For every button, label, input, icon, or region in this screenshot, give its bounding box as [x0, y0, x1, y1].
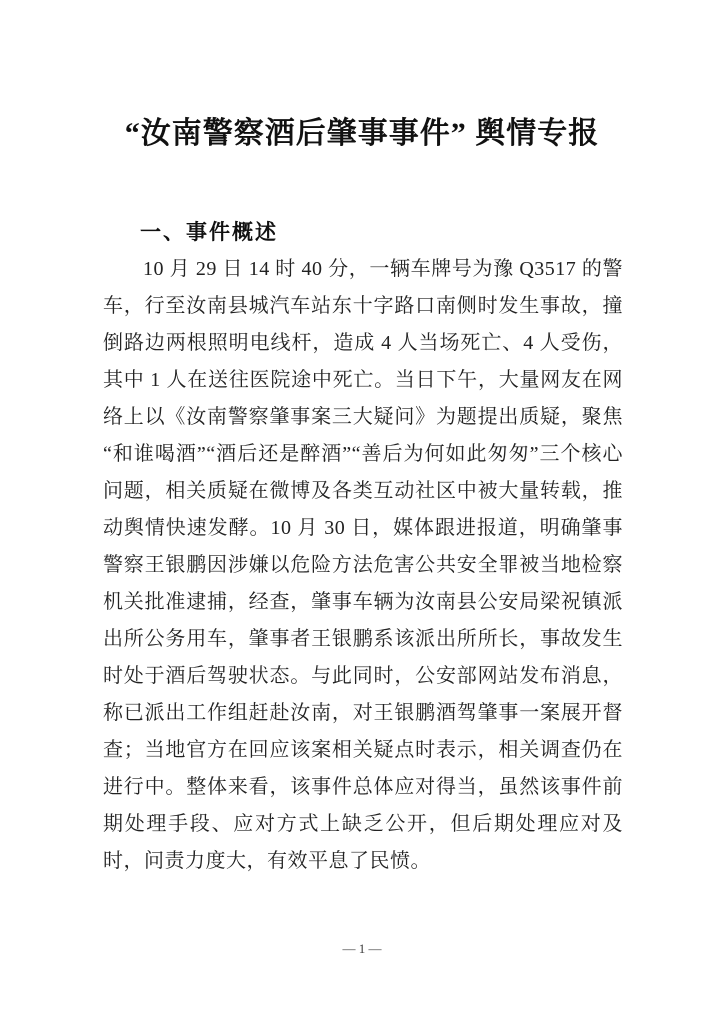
page-footer: — 1 — [0, 940, 724, 958]
document-title: “汝南警察酒后肇事事件” 舆情专报 [0, 112, 724, 156]
page-number: — 1 — [343, 941, 382, 956]
document-page: “汝南警察酒后肇事事件” 舆情专报 一、事件概述 10 月 29 日 14 时 … [0, 0, 724, 1024]
section-heading-overview: 一、事件概述 [140, 218, 278, 248]
body-paragraph: 10 月 29 日 14 时 40 分，一辆车牌号为豫 Q3517 的警车，行至… [103, 251, 623, 880]
